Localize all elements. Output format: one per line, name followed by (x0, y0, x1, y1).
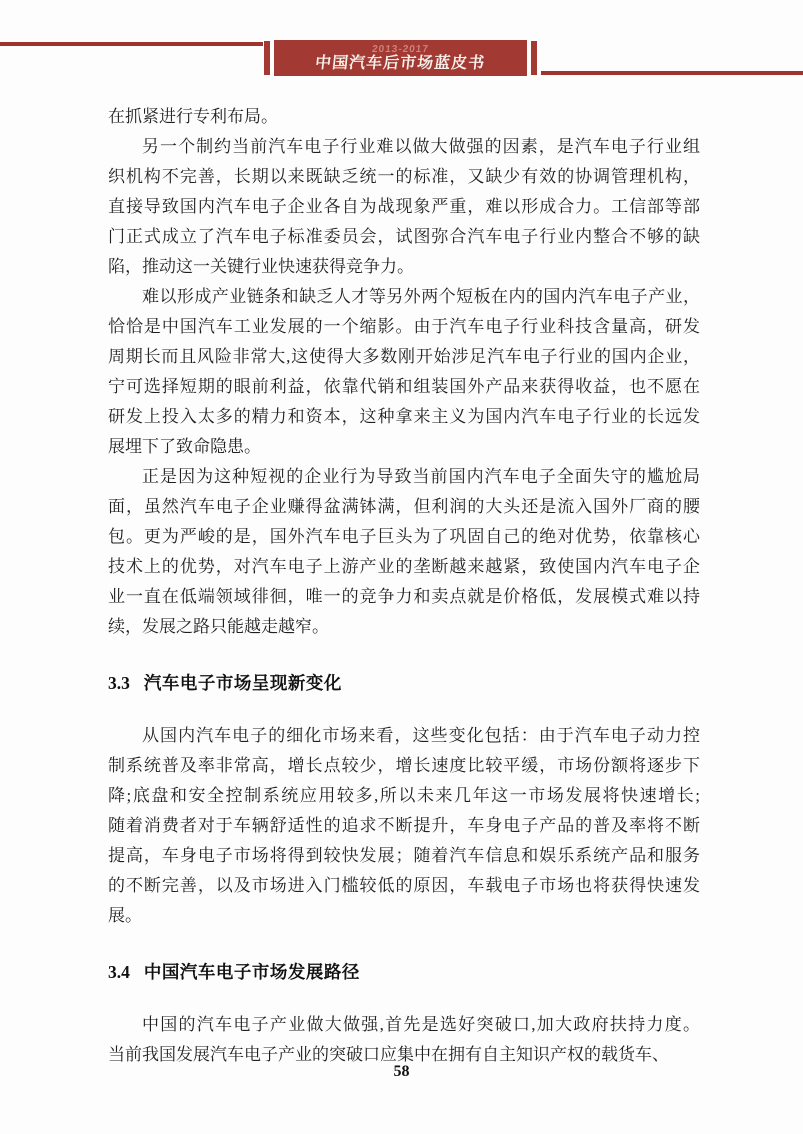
header-banner: 2013-2017 中国汽车后市场蓝皮书 (274, 40, 527, 76)
text-line: 降;底盘和安全控制系统应用较多,所以未来几年这一市场发展将快速增长; (108, 781, 700, 811)
paragraph-short-sighted-behavior: 正是因为这种短视的企业行为导致当前国内汽车电子全面失守的尴尬局面，虽然汽车电子企… (108, 462, 700, 642)
header-stripe-left (264, 41, 270, 75)
text-line: 直接导致国内汽车电子企业各自为战现象严重，难以形成合力。工信部等部 (108, 192, 700, 222)
banner-title-label: 中国汽车后市场蓝皮书 (315, 55, 487, 73)
text-line: 恰恰是中国汽车工业发展的一个缩影。由于汽车电子行业科技含量高，研发 (108, 312, 700, 342)
section-heading-3-3: 3.3 汽车电子市场呈现新变化 (108, 670, 700, 695)
page-content: 在抓紧进行专利布局。 另一个制约当前汽车电子行业难以做大做强的因素，是汽车电子行… (108, 102, 700, 1070)
text-line: 制系统普及率非常高，增长点较少，增长速度比较平缓，市场份额将逐步下 (108, 751, 700, 781)
text-line: 门正式成立了汽车电子标准委员会，试图弥合汽车电子行业内整合不够的缺 (108, 222, 700, 252)
text-line: 业一直在低端领域徘徊，唯一的竞争力和卖点就是价格低，发展模式难以持 (108, 582, 700, 612)
text-line: 从国内汽车电子的细化市场来看，这些变化包括：由于汽车电子动力控 (108, 721, 700, 751)
text-line: 的不断完善，以及市场进入门槛较低的原因，车载电子市场也将获得快速发 (108, 871, 700, 901)
text-line: 织机构不完善，长期以来既缺乏统一的标准，又缺少有效的协调管理机构， (108, 162, 700, 192)
section-title: 汽车电子市场呈现新变化 (144, 670, 342, 695)
text-line: 周期长而且风险非常大,这使得大多数刚开始涉足汽车电子行业的国内企业， (108, 342, 700, 372)
text-line: 面，虽然汽车电子企业赚得盆满钵满，但利润的大头还是流入国外厂商的腰 (108, 492, 700, 522)
text-line: 另一个制约当前汽车电子行业难以做大做强的因素，是汽车电子行业组 (108, 132, 700, 162)
text-line: 展埋下了致命隐患。 (108, 432, 700, 462)
page-number: 58 (0, 1063, 803, 1081)
text-line: 陷，推动这一关键行业快速获得竞争力。 (108, 252, 700, 282)
text-line: 中国的汽车电子产业做大做强,首先是选好突破口,加大政府扶持力度。 (108, 1010, 700, 1040)
banner-years-label: 2013-2017 (372, 44, 430, 55)
text-line: 技术上的优势，对汽车电子上游产业的垄断越来越紧，致使国内汽车电子企 (108, 552, 700, 582)
header-stripe-right (531, 41, 537, 75)
section-heading-3-4: 3.4 中国汽车电子市场发展路径 (108, 959, 700, 984)
text-line: 随着消费者对于车辆舒适性的追求不断提升，车身电子产品的普及率将不断 (108, 811, 700, 841)
paragraph-market-changes: 从国内汽车电子的细化市场来看，这些变化包括：由于汽车电子动力控制系统普及率非常高… (108, 721, 700, 931)
section-number: 3.4 (108, 962, 130, 983)
header-rule-left (0, 42, 263, 46)
text-line: 正是因为这种短视的企业行为导致当前国内汽车电子全面失守的尴尬局 (108, 462, 700, 492)
paragraph-industry-chain: 难以形成产业链条和缺乏人才等另外两个短板在内的国内汽车电子产业，恰恰是中国汽车工… (108, 282, 700, 462)
header-rule-right (541, 71, 803, 75)
text-line: 提高，车身电子市场将得到较快发展；随着汽车信息和娱乐系统产品和服务 (108, 841, 700, 871)
section-title: 中国汽车电子市场发展路径 (144, 959, 360, 984)
paragraph-continuation: 在抓紧进行专利布局。 (108, 102, 700, 132)
section-number: 3.3 (108, 673, 130, 694)
document-page: 2013-2017 中国汽车后市场蓝皮书 在抓紧进行专利布局。 另一个制约当前汽… (0, 0, 803, 1134)
text-line: 续，发展之路只能越走越窄。 (108, 612, 700, 642)
paragraph-development-path: 中国的汽车电子产业做大做强,首先是选好突破口,加大政府扶持力度。当前我国发展汽车… (108, 1010, 700, 1070)
text-line: 在抓紧进行专利布局。 (108, 102, 700, 132)
text-line: 展。 (108, 901, 700, 931)
paragraph-industry-organization: 另一个制约当前汽车电子行业难以做大做强的因素，是汽车电子行业组织机构不完善，长期… (108, 132, 700, 282)
text-line: 包。更为严峻的是，国外汽车电子巨头为了巩固自己的绝对优势，依靠核心 (108, 522, 700, 552)
text-line: 宁可选择短期的眼前利益，依靠代销和组装国外产品来获得收益，也不愿在 (108, 372, 700, 402)
text-line: 研发上投入太多的精力和资本，这种拿来主义为国内汽车电子行业的长远发 (108, 402, 700, 432)
text-line: 难以形成产业链条和缺乏人才等另外两个短板在内的国内汽车电子产业， (108, 282, 700, 312)
